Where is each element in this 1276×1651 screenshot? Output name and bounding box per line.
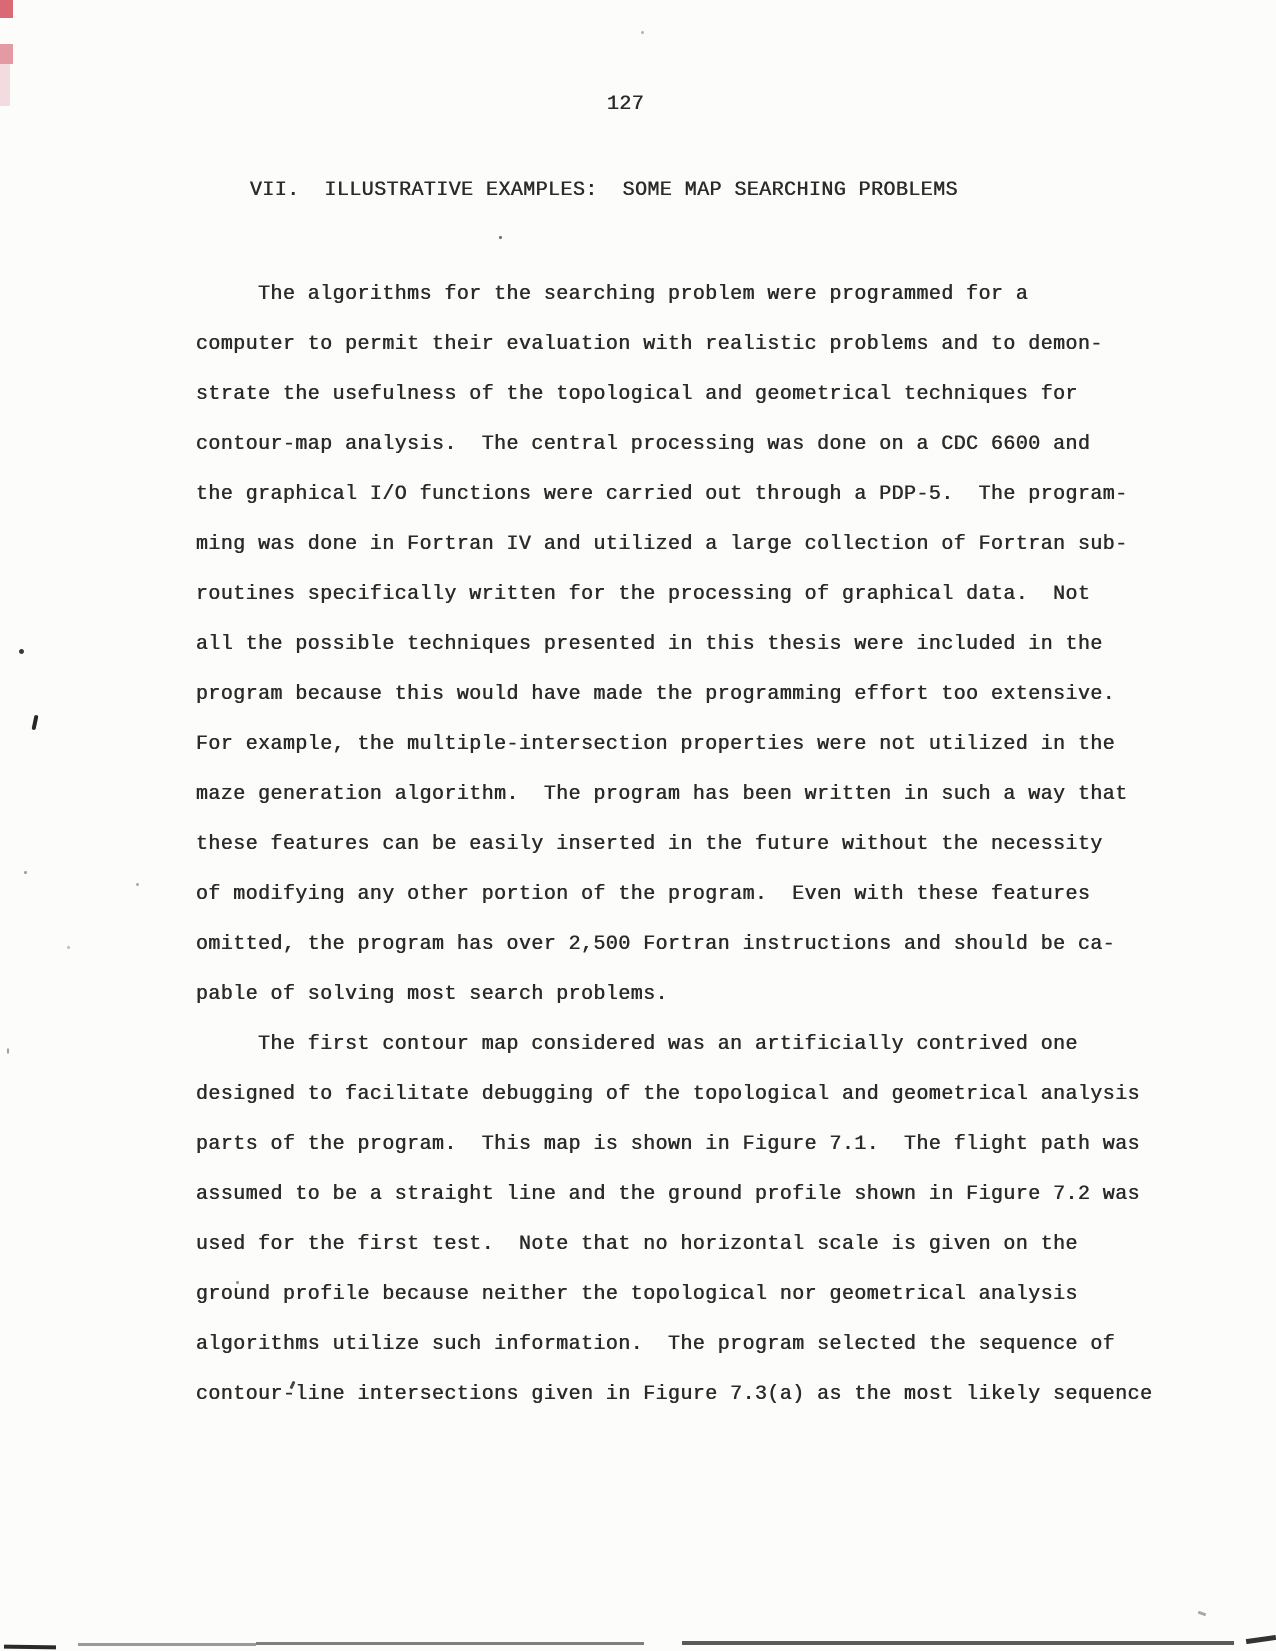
bottom-scan-line-segment bbox=[4, 1645, 56, 1650]
text-line: assumed to be a straight line and the gr… bbox=[196, 1170, 1140, 1220]
red-scan-stripe-top bbox=[0, 0, 13, 18]
text-line: pable of solving most search problems. bbox=[196, 970, 668, 1020]
bottom-scan-line-segment bbox=[256, 1642, 644, 1645]
scan-speck bbox=[19, 649, 24, 654]
text-line: all the possible techniques presented in… bbox=[196, 620, 1103, 670]
text-line: these features can be easily inserted in… bbox=[196, 820, 1103, 870]
scan-speck bbox=[499, 236, 502, 239]
text-line: the graphical I/O functions were carried… bbox=[196, 470, 1128, 520]
section-heading: VII. ILLUSTRATIVE EXAMPLES: SOME MAP SEA… bbox=[250, 166, 958, 216]
text-line: strate the usefulness of the topological… bbox=[196, 370, 1078, 420]
bottom-scan-line-segment bbox=[78, 1643, 256, 1646]
bottom-scan-line-segment bbox=[682, 1641, 1234, 1645]
text-line: ground profile because neither the topol… bbox=[196, 1270, 1078, 1320]
scan-speck bbox=[31, 715, 38, 731]
red-scan-stripe-faint bbox=[0, 64, 10, 106]
scan-speck bbox=[641, 31, 644, 34]
text-line: For example, the multiple-intersection p… bbox=[196, 720, 1115, 770]
bottom-scan-line-segment bbox=[1198, 1611, 1207, 1617]
text-line: maze generation algorithm. The program h… bbox=[196, 770, 1128, 820]
scan-speck bbox=[67, 946, 70, 949]
page-number: 127 bbox=[607, 80, 644, 130]
scan-speck bbox=[136, 883, 139, 886]
text-line: routines specifically written for the pr… bbox=[196, 570, 1090, 620]
scan-speck bbox=[236, 1281, 239, 1284]
text-line: omitted, the program has over 2,500 Fort… bbox=[196, 920, 1115, 970]
text-line: The algorithms for the searching problem… bbox=[196, 270, 1028, 320]
text-line: contour-line intersections given in Figu… bbox=[196, 1370, 1153, 1420]
text-line: The first contour map considered was an … bbox=[196, 1020, 1078, 1070]
text-line: ming was done in Fortran IV and utilized… bbox=[196, 520, 1128, 570]
text-line: of modifying any other portion of the pr… bbox=[196, 870, 1090, 920]
red-scan-stripe-lower bbox=[0, 44, 13, 64]
scan-speck bbox=[24, 871, 27, 874]
scanned-document-page: 127 VII. ILLUSTRATIVE EXAMPLES: SOME MAP… bbox=[0, 0, 1276, 1651]
text-line: parts of the program. This map is shown … bbox=[196, 1120, 1140, 1170]
text-line: computer to permit their evaluation with… bbox=[196, 320, 1103, 370]
text-line: used for the first test. Note that no ho… bbox=[196, 1220, 1078, 1270]
text-line: designed to facilitate debugging of the … bbox=[196, 1070, 1140, 1120]
bottom-scan-line-segment bbox=[1246, 1635, 1276, 1644]
text-line: algorithms utilize such information. The… bbox=[196, 1320, 1115, 1370]
text-line: program because this would have made the… bbox=[196, 670, 1115, 720]
text-line: contour-map analysis. The central proces… bbox=[196, 420, 1090, 470]
scan-speck bbox=[7, 1048, 9, 1054]
